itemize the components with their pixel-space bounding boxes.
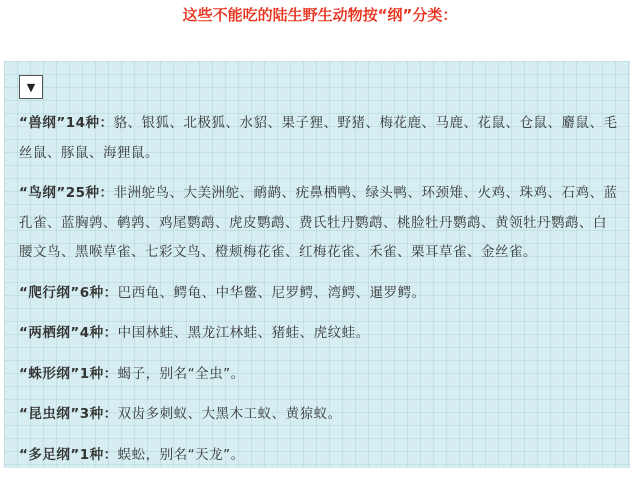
category-label: “兽纲”14种：: [19, 115, 114, 131]
content-panel: ▼ “兽纲”14种：貉、银狐、北极狐、水貂、果子狸、野猪、梅花鹿、马鹿、花鼠、仓…: [4, 61, 630, 468]
category-items: 中国林蛙、黑龙江林蛙、猪蛙、虎纹蛙。: [118, 325, 370, 341]
category-list: “兽纲”14种：貉、银狐、北极狐、水貂、果子狸、野猪、梅花鹿、马鹿、花鼠、仓鼠、…: [19, 109, 619, 477]
category-birds: “鸟纲”25种：非洲鸵鸟、大美洲鸵、鸸鹋、疣鼻栖鸭、绿头鸭、环颈雉、火鸡、珠鸡、…: [19, 179, 619, 268]
category-items: 蝎子，别名“全虫”。: [118, 366, 245, 382]
category-items: 巴西龟、鳄龟、中华鳖、尼罗鳄、湾鳄、暹罗鳄。: [118, 285, 426, 301]
category-amphibians: “两栖纲”4种：中国林蛙、黑龙江林蛙、猪蛙、虎纹蛙。: [19, 319, 619, 349]
triangle-down-icon: ▼: [27, 81, 35, 94]
category-insects: “昆虫纲”3种：双齿多刺蚁、大黑木工蚁、黄猄蚁。: [19, 400, 619, 430]
category-label: “两栖纲”4种：: [19, 325, 118, 341]
category-label: “鸟纲”25种：: [19, 185, 114, 201]
category-label: “蛛形纲”1种：: [19, 366, 118, 382]
category-reptiles: “爬行纲”6种：巴西龟、鳄龟、中华鳖、尼罗鳄、湾鳄、暹罗鳄。: [19, 279, 619, 309]
page-title: 这些不能吃的陆生野生动物按“纲”分类：: [0, 4, 640, 26]
category-items: 蜈蚣，别名“天龙”。: [118, 447, 245, 463]
category-label: “多足纲”1种：: [19, 447, 118, 463]
category-items: 双齿多刺蚁、大黑木工蚁、黄猄蚁。: [118, 406, 342, 422]
category-mammals: “兽纲”14种：貉、银狐、北极狐、水貂、果子狸、野猪、梅花鹿、马鹿、花鼠、仓鼠、…: [19, 109, 619, 168]
collapse-toggle-button[interactable]: ▼: [19, 75, 43, 99]
category-label: “昆虫纲”3种：: [19, 406, 118, 422]
category-label: “爬行纲”6种：: [19, 285, 118, 301]
category-myriapods: “多足纲”1种：蜈蚣，别名“天龙”。: [19, 441, 619, 471]
category-arachnids: “蛛形纲”1种：蝎子，别名“全虫”。: [19, 360, 619, 390]
